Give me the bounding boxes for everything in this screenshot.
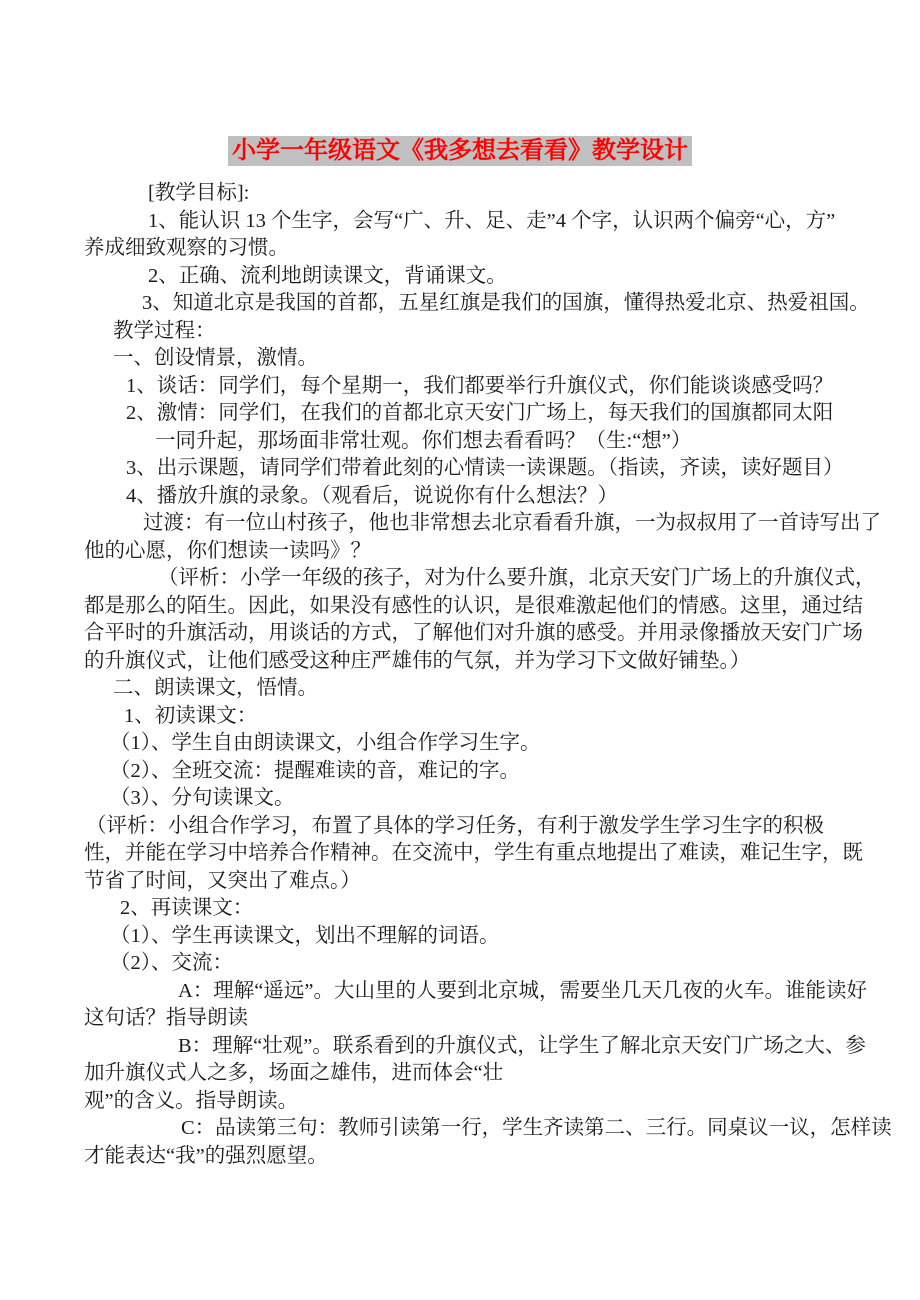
text-line: 3、出示课题，请同学们带着此刻的心情读一读课题。（指读，齐读，读好题目） bbox=[84, 455, 880, 483]
text-line: [教学目标]: bbox=[84, 180, 880, 208]
text-line: 1、初读课文： bbox=[84, 703, 880, 731]
text-line: 观”的含义。指导朗读。 bbox=[84, 1088, 880, 1116]
text-line: C：品读第三句：教师引读第一行，学生齐读第二、三行。同桌议一议，怎样读 bbox=[84, 1115, 880, 1143]
text-line: 的升旗仪式，让他们感受这种庄严雄伟的气氛，并为学习下文做好铺垫。） bbox=[84, 648, 880, 676]
text-line: 过渡：有一位山村孩子，他也非常想去北京看看升旗，一为叔叔用了一首诗写出了 bbox=[84, 510, 880, 538]
text-line: 都是那么的陌生。因此，如果没有感性的认识，是很难激起他们的情感。这里，通过结 bbox=[84, 593, 880, 621]
text-line: 1、能认识 13 个生字，会写“广、升、足、走”4 个字，认识两个偏旁“心，方” bbox=[84, 208, 880, 236]
title-row: 小学一年级语文《我多想去看看》教学设计 bbox=[0, 136, 920, 166]
text-line: 一同升起，那场面非常壮观。你们想去看看吗？（生:“想”） bbox=[84, 428, 880, 456]
document-body: [教学目标]:1、能认识 13 个生字，会写“广、升、足、走”4 个字，认识两个… bbox=[0, 180, 920, 1170]
text-line: 2、再读课文： bbox=[84, 895, 880, 923]
text-line: （评析：小组合作学习，布置了具体的学习任务，有利于激发学生学习生字的积极 bbox=[84, 813, 880, 841]
text-line: 2、激情：同学们，在我们的首都北京天安门广场上，每天我们的国旗都同太阳 bbox=[84, 400, 880, 428]
text-line: （1）、学生自由朗读课文，小组合作学习生字。 bbox=[84, 730, 880, 758]
text-line: A：理解“遥远”。大山里的人要到北京城，需要坐几天几夜的火车。谁能读好 bbox=[84, 978, 880, 1006]
text-line: 加升旗仪式人之多，场面之雄伟，进而体会“壮 bbox=[84, 1060, 880, 1088]
text-line: B：理解“壮观”。联系看到的升旗仪式，让学生了解北京天安门广场之大、参 bbox=[84, 1033, 880, 1061]
text-line: 养成细致观察的习惯。 bbox=[84, 235, 880, 263]
text-line: 二、朗读课文，悟情。 bbox=[84, 675, 880, 703]
text-line: 合平时的升旗活动，用谈话的方式，了解他们对升旗的感受。并用录像播放天安门广场 bbox=[84, 620, 880, 648]
text-line: （评析：小学一年级的孩子，对为什么要升旗，北京天安门广场上的升旗仪式， bbox=[84, 565, 880, 593]
text-line: 2、正确、流利地朗读课文，背诵课文。 bbox=[84, 263, 880, 291]
document-page: 小学一年级语文《我多想去看看》教学设计 [教学目标]:1、能认识 13 个生字，… bbox=[0, 0, 920, 1300]
text-line: 这句话？指导朗读 bbox=[84, 1005, 880, 1033]
text-line: 4、播放升旗的录象。（观看后，说说你有什么想法？） bbox=[84, 483, 880, 511]
text-line: （1）、学生再读课文，划出不理解的词语。 bbox=[84, 923, 880, 951]
text-line: （3）、分句读课文。 bbox=[84, 785, 880, 813]
text-line: 教学过程： bbox=[84, 318, 880, 346]
text-line: 3、知道北京是我国的首都，五星红旗是我们的国旗，懂得热爱北京、热爱祖国。 bbox=[84, 290, 880, 318]
text-line: 一、创设情景，激情。 bbox=[84, 345, 880, 373]
text-line: 1、谈话：同学们，每个星期一，我们都要举行升旗仪式，你们能谈谈感受吗？ bbox=[84, 373, 880, 401]
document-title: 小学一年级语文《我多想去看看》教学设计 bbox=[228, 136, 692, 166]
text-line: 才能表达“我”的强烈愿望。 bbox=[84, 1143, 880, 1171]
text-line: 性，并能在学习中培养合作精神。在交流中，学生有重点地提出了难读，难记生字，既 bbox=[84, 840, 880, 868]
text-line: （2）、全班交流：提醒难读的音，难记的字。 bbox=[84, 758, 880, 786]
text-line: 节省了时间，又突出了难点。） bbox=[84, 868, 880, 896]
text-line: 他的心愿，你们想读一读吗》？ bbox=[84, 538, 880, 566]
text-line: （2）、交流： bbox=[84, 950, 880, 978]
